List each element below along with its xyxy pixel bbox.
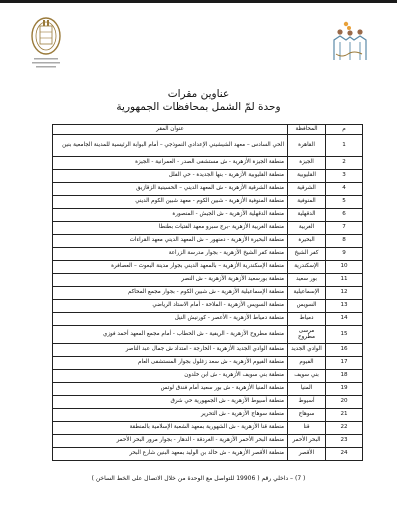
row-number: 11 — [326, 273, 363, 286]
table-row: 2 الجيزة منطقة الجيزة الأزهرية - ش مستشف… — [53, 156, 363, 169]
row-address: منطقة كفر الشيخ الأزهرية - بجوار مدرسة ا… — [53, 247, 288, 260]
table-row: 24 الأقصر منطقة الأقصر الأزهرية - ش خالد… — [53, 447, 363, 460]
row-governorate: المنوفية — [288, 195, 326, 208]
column-header-governorate: المحافظة — [288, 125, 326, 135]
row-governorate: السويس — [288, 299, 326, 312]
row-number: 10 — [326, 260, 363, 273]
table-row: 22 قنا منطقة قنا الأزهرية - ش الشهورية ب… — [53, 421, 363, 434]
row-address: منطقة قنا الأزهرية - ش الشهورية بمعهد ال… — [53, 421, 288, 434]
row-address: منطقة البحر الأحمر الأزهرية - الغردقة - … — [53, 434, 288, 447]
row-address: الحي السادس – معهد الشيشيني الإعدادي الن… — [53, 134, 288, 156]
row-governorate: الدقهلية — [288, 208, 326, 221]
row-governorate: قنا — [288, 421, 326, 434]
row-address: منطقة الجيزة الأزهرية - ش مستشفى الصدر -… — [53, 156, 288, 169]
row-address: منطقة الغربية الأزهرية -برج سبرو معهد ال… — [53, 221, 288, 234]
row-number: 16 — [326, 343, 363, 356]
row-number: 1 — [326, 134, 363, 156]
row-number: 2 — [326, 156, 363, 169]
row-governorate: القاهرة — [288, 134, 326, 156]
row-number: 13 — [326, 299, 363, 312]
table-header-row: م المحافظة عنوان المقر — [53, 125, 363, 135]
row-governorate: القليوبية — [288, 169, 326, 182]
row-address: منطقة الوادي الجديد الأزهرية - الخارجة -… — [53, 343, 288, 356]
row-governorate: الغربية — [288, 221, 326, 234]
row-number: 20 — [326, 395, 363, 408]
column-header-address: عنوان المقر — [53, 125, 288, 135]
row-address: منطقة الدقهلية الأزهرية - ش الجيش - المن… — [53, 208, 288, 221]
row-governorate: المنيا — [288, 382, 326, 395]
row-governorate: دمياط — [288, 312, 326, 325]
row-address: منطقة المنيا الأزهرية - ش بور سعيد أمام … — [53, 382, 288, 395]
table-row: 9 كفر الشيخ منطقة كفر الشيخ الأزهرية - ب… — [53, 247, 363, 260]
table-row: 10 الإسكندرية منطقة الإسكندرية الأزهرية … — [53, 260, 363, 273]
table-row: 1 القاهرة الحي السادس – معهد الشيشيني ال… — [53, 134, 363, 156]
row-governorate: الأقصر — [288, 447, 326, 460]
row-governorate: البحيرة — [288, 234, 326, 247]
row-governorate: الشرقية — [288, 182, 326, 195]
table-row: 16 الوادي الجديد منطقة الوادي الجديد الأ… — [53, 343, 363, 356]
row-number: 9 — [326, 247, 363, 260]
row-address: منطقة الإسماعيلية الأزهرية - ش شبين الكو… — [53, 286, 288, 299]
row-governorate: البحر الأحمر — [288, 434, 326, 447]
row-address: منطقة أسيوط الأزهرية - ش الجمهورية حي شر… — [53, 395, 288, 408]
document-title: عناوين مقرات — [0, 88, 397, 101]
lam-alshaml-logo — [330, 20, 370, 64]
row-address: منطقة السويس الأزهرية - الملاحة - أمام ا… — [53, 299, 288, 312]
row-governorate: الفيوم — [288, 356, 326, 369]
row-governorate: الجيزة — [288, 156, 326, 169]
row-number: 5 — [326, 195, 363, 208]
row-number: 15 — [326, 325, 363, 343]
row-number: 6 — [326, 208, 363, 221]
table-row: 4 الشرقية منطقة الشرقية الأزهرية - ش الم… — [53, 182, 363, 195]
row-address: منطقة سوهاج الأزهرية - ش التحرير — [53, 408, 288, 421]
row-governorate: سوهاج — [288, 408, 326, 421]
column-header-number: م — [326, 125, 363, 135]
row-number: 24 — [326, 447, 363, 460]
table-row: 15 مرسى مطروح منطقة مطروح الأزهرية - الر… — [53, 325, 363, 343]
row-address: منطقة الشرقية الأزهرية - ش المعهد الديني… — [53, 182, 288, 195]
row-number: 14 — [326, 312, 363, 325]
row-governorate: بور سعيد — [288, 273, 326, 286]
row-number: 18 — [326, 369, 363, 382]
row-address: منطقة الفيوم الأزهرية - ش سعد زغلول بجوا… — [53, 356, 288, 369]
row-address: منطقة بني سويف الأزهرية - ش ابن خلدون — [53, 369, 288, 382]
row-address: منطقة الإسكندرية الأزهرية – بالمعهد الدي… — [53, 260, 288, 273]
table-row: 14 دمياط منطقة دمياط الأزهرية - الأعصر -… — [53, 312, 363, 325]
table-row: 11 بور سعيد منطقة بورسعيد الأزهرية الأزه… — [53, 273, 363, 286]
table-row: 21 سوهاج منطقة سوهاج الأزهرية - ش التحري… — [53, 408, 363, 421]
table-row: 3 القليوبية منطقة القليوبية الأزهرية - ب… — [53, 169, 363, 182]
row-governorate: الإسكندرية — [288, 260, 326, 273]
hotline-note: ( 7) – داخلي رقم ( 19906 للتواصل مع الوح… — [0, 475, 397, 482]
table-row: 6 الدقهلية منطقة الدقهلية الأزهرية - ش ا… — [53, 208, 363, 221]
row-address: منطقة دمياط الأزهرية - الأعصر - كورنيش ا… — [53, 312, 288, 325]
al-azhar-logo — [28, 14, 64, 72]
row-address: منطقة بورسعيد الأزهرية الأزهرية - ش النص… — [53, 273, 288, 286]
row-number: 7 — [326, 221, 363, 234]
offices-table: م المحافظة عنوان المقر 1 القاهرة الحي ال… — [52, 124, 363, 461]
table-row: 19 المنيا منطقة المنيا الأزهرية - ش بور … — [53, 382, 363, 395]
table-row: 8 البحيرة منطقة البحيرة الأزهرية - دمنهو… — [53, 234, 363, 247]
row-governorate: أسيوط — [288, 395, 326, 408]
table-row: 7 الغربية منطقة الغربية الأزهرية -برج سب… — [53, 221, 363, 234]
row-governorate: الإسماعيلية — [288, 286, 326, 299]
table-row: 18 بني سويف منطقة بني سويف الأزهرية - ش … — [53, 369, 363, 382]
row-governorate: الوادي الجديد — [288, 343, 326, 356]
row-number: 12 — [326, 286, 363, 299]
page-top-border — [0, 0, 397, 3]
row-number: 23 — [326, 434, 363, 447]
row-governorate: بني سويف — [288, 369, 326, 382]
row-number: 19 — [326, 382, 363, 395]
table-row: 12 الإسماعيلية منطقة الإسماعيلية الأزهري… — [53, 286, 363, 299]
row-number: 22 — [326, 421, 363, 434]
row-address: منطقة القليوبية الأزهرية - بنها الجديدة … — [53, 169, 288, 182]
row-address: منطقة الأقصر الأزهرية - ش خالد بن الوليد… — [53, 447, 288, 460]
document-subtitle: وحدة لمّ الشمل بمحافظات الجمهورية — [0, 101, 397, 114]
row-number: 17 — [326, 356, 363, 369]
table-row: 13 السويس منطقة السويس الأزهرية - الملاح… — [53, 299, 363, 312]
row-number: 3 — [326, 169, 363, 182]
table-row: 17 الفيوم منطقة الفيوم الأزهرية - ش سعد … — [53, 356, 363, 369]
row-number: 4 — [326, 182, 363, 195]
row-address: منطقة البحيرة الأزهرية - دمنهور – ش المع… — [53, 234, 288, 247]
table-row: 20 أسيوط منطقة أسيوط الأزهرية - ش الجمهو… — [53, 395, 363, 408]
table-row: 5 المنوفية منطقة المنوفية الأزهرية - شبي… — [53, 195, 363, 208]
row-address: منطقة المنوفية الأزهرية - شبين الكوم - م… — [53, 195, 288, 208]
document-titles: عناوين مقرات وحدة لمّ الشمل بمحافظات الج… — [0, 88, 397, 114]
row-number: 21 — [326, 408, 363, 421]
row-address: منطقة مطروح الأزهرية - الريفية - ش الحطا… — [53, 325, 288, 343]
table-row: 23 البحر الأحمر منطقة البحر الأحمر الأزه… — [53, 434, 363, 447]
row-governorate: مرسى مطروح — [288, 325, 326, 343]
row-number: 8 — [326, 234, 363, 247]
row-governorate: كفر الشيخ — [288, 247, 326, 260]
